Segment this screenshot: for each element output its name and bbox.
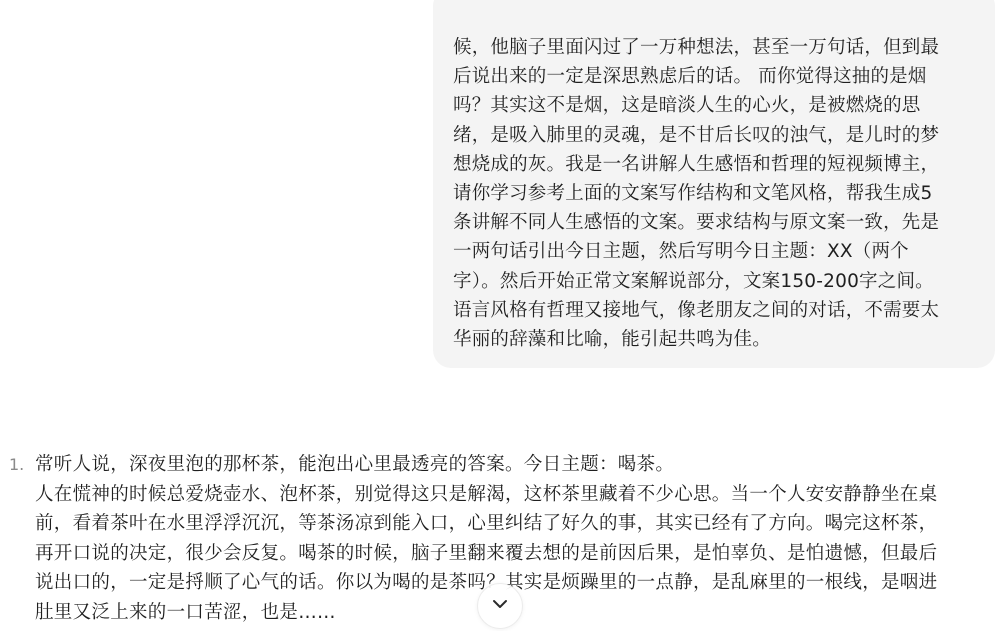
scroll-down-button[interactable] (477, 583, 523, 629)
user-message-line: 语言风格有哲理又接地气，像老朋友之间的对话，不需要太 (453, 296, 975, 325)
user-message-bubble: 候，他脑子里面闪过了一万种想法，甚至一万句话，但到最 后说出来的一定是深思熟虑后… (433, 0, 995, 368)
user-message-line: 字）。然后开始正常文案解说部分，文案150-200字之间。 (453, 267, 975, 296)
user-message-line: 绪，是吸入肺里的灵魂，是不甘后长叹的浊气，是儿时的梦 (453, 121, 975, 150)
user-message-line: 想烧成的灰。我是一名讲解人生感悟和哲理的短视频博主， (453, 150, 975, 179)
list-item-body-line: 前，看着茶叶在水里浮浮沉沉，等茶汤凉到能入口，心里纠结了好久的事，其实已经有了方… (35, 509, 1004, 539)
chat-scroll-area[interactable]: 候，他脑子里面闪过了一万种想法，甚至一万句话，但到最 后说出来的一定是深思熟虑后… (0, 0, 1004, 631)
user-message-line: 吗？其实这不是烟，这是暗淡人生的心火，是被燃烧的思 (453, 91, 975, 120)
list-item-body-line: 再开口说的决定，很少会反复。喝茶的时候，脑子里翻来覆去想的是前因后果，是怕辜负、… (35, 539, 1004, 569)
user-message-line: 后说出来的一定是深思熟虑后的话。 而你觉得这抽的是烟 (453, 62, 975, 91)
list-item-body-line: 人在慌神的时候总爱烧壶水、泡杯茶，别觉得这只是解渴，这杯茶里藏着不少心思。当一个… (35, 480, 1004, 510)
user-message-line: 请你学习参考上面的文案写作结构和文笔风格，帮我生成5 (453, 179, 975, 208)
chevron-down-icon (490, 594, 510, 618)
user-message-line: 华丽的辞藻和比喻，能引起共鸣为佳。 (453, 325, 975, 354)
user-message-line: 一两句话引出今日主题，然后写明今日主题：XX（两个 (453, 237, 975, 266)
list-item-heading-line: 常听人说，深夜里泡的那杯茶，能泡出心里最透亮的答案。今日主题：喝茶。 (35, 450, 1004, 480)
user-message-line: 条讲解不同人生感悟的文案。要求结构与原文案一致，先是 (453, 208, 975, 237)
user-message-line: 候，他脑子里面闪过了一万种想法，甚至一万句话，但到最 (453, 33, 975, 62)
list-marker: 1. (9, 450, 24, 480)
